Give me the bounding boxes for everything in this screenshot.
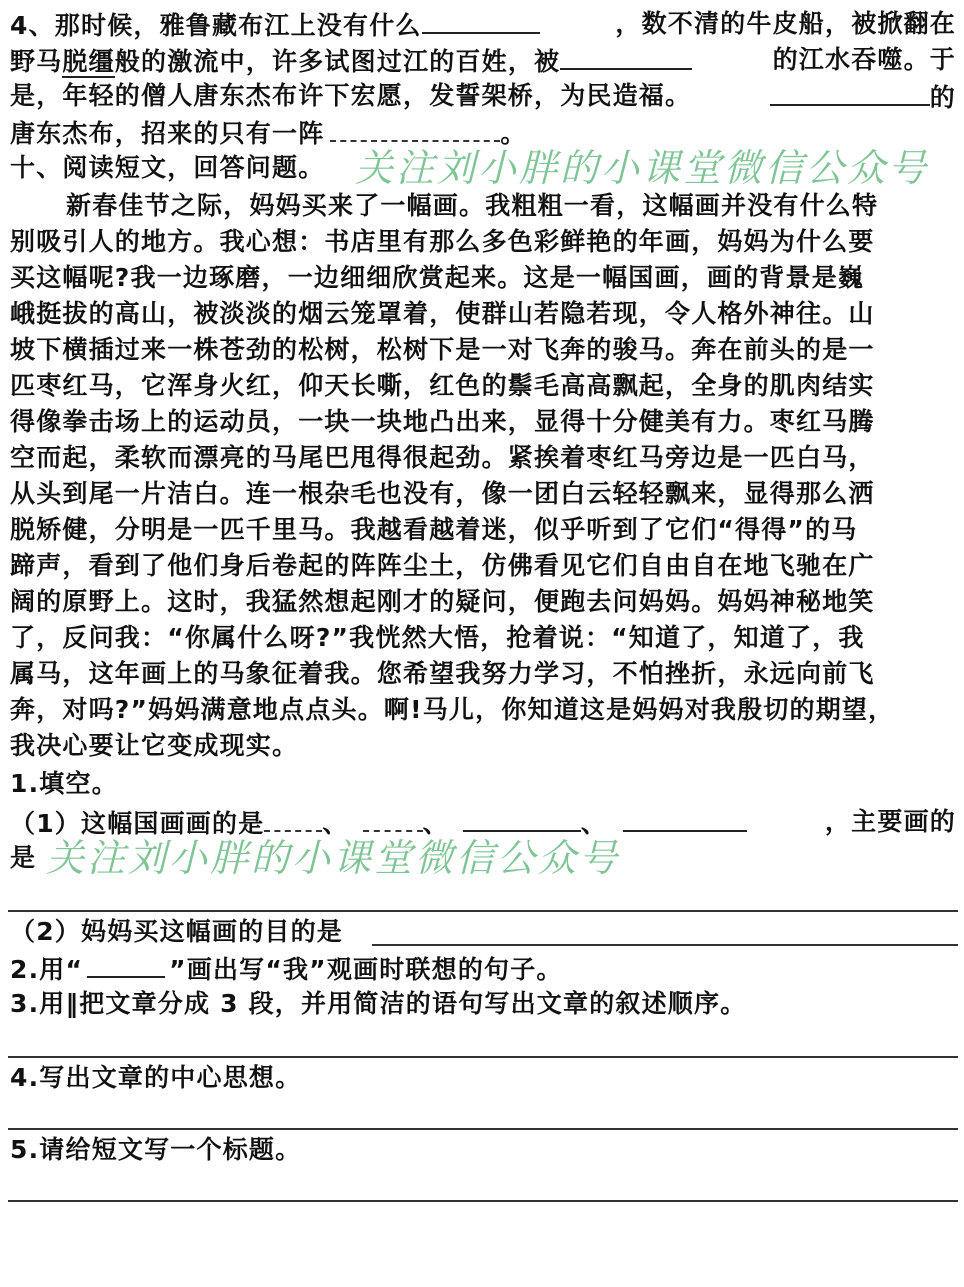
q4-text: 的 bbox=[770, 78, 956, 114]
answer-blank[interactable] bbox=[422, 6, 540, 34]
question-5: 5.请给短文写一个标题。 bbox=[10, 1132, 956, 1168]
answer-line[interactable] bbox=[8, 1128, 958, 1130]
answer-blank[interactable] bbox=[770, 78, 930, 106]
passage-line: 新春佳节之际，妈妈买来了一幅画。我粗粗一看，这幅画并没有什么特 bbox=[10, 188, 956, 224]
question-1-1: （1）这幅国画画的是、、、 ，主要画的 bbox=[10, 804, 956, 840]
q4-text: 4、那时候，雅鲁藏布江上没有什么 bbox=[10, 6, 540, 42]
watermark: 关注刘小胖的小课堂微信公众号 bbox=[46, 836, 620, 880]
passage-line: 匹枣红马，它浑身火红，仰天长嘶，红色的鬃毛高高飘起，全身的肌肉结实 bbox=[10, 368, 956, 404]
answer-blank[interactable] bbox=[463, 804, 581, 832]
q4-text: 是，年轻的僧人唐东杰布许下宏愿，发誓架桥，为民造福。 bbox=[10, 78, 691, 114]
q4-text: 唐东杰布，招来的只有一阵 bbox=[10, 119, 324, 148]
answer-line[interactable] bbox=[372, 944, 958, 946]
question-2: 2.用“”画出写“我”观画时联想的句子。 bbox=[10, 950, 956, 986]
passage-line: 峨挺拔的高山，被淡淡的烟云笼罩着，使群山若隐若现，令人格外神往。山 bbox=[10, 296, 956, 332]
q4-text: ，数不清的牛皮船，被掀翻在 bbox=[615, 6, 956, 42]
answer-blank[interactable] bbox=[560, 42, 692, 70]
underlined-word: 脱缰 bbox=[62, 47, 114, 78]
passage-line: 阔的原野上。这时，我猛然想起刚才的疑问，便跑去问妈妈。妈妈神秘地笑 bbox=[10, 584, 956, 620]
passage-line: 蹄声，看到了他们身后卷起的阵阵尘土，仿佛看见它们自由自在地飞驰在广 bbox=[10, 548, 956, 584]
answer-blank[interactable] bbox=[363, 804, 423, 832]
passage-line: 空而起，柔软而漂亮的马尾巴甩得很起劲。紧挨着枣红马旁边是一匹白马， bbox=[10, 440, 956, 476]
passage-line: 我决心要让它变成现实。 bbox=[10, 728, 956, 764]
underline-sample bbox=[87, 950, 165, 978]
question-1-title: 1.填空。 bbox=[10, 766, 956, 802]
q4-text: 野马脱缰般的激流中，许多试图过江的百姓，被 bbox=[10, 42, 692, 78]
passage-line: 买这幅呢?我一边琢磨，一边细细欣赏起来。这是一幅国画，画的背景是巍 bbox=[10, 260, 956, 296]
q4-line-4: 唐东杰布，招来的只有一阵。 bbox=[10, 114, 956, 150]
watermark: 关注刘小胖的小课堂微信公众号 bbox=[355, 146, 929, 190]
q4-line-3: 是，年轻的僧人唐东杰布许下宏愿，发誓架桥，为民造福。 的 bbox=[10, 78, 956, 114]
passage-line: 了，反问我：“你属什么呀?”我恍然大悟，抢着说：“知道了，知道了，我 bbox=[10, 620, 956, 656]
passage-line: 别吸引人的地方。我心想：书店里有那么多色彩鲜艳的年画，妈妈为什么要 bbox=[10, 224, 956, 260]
answer-line[interactable] bbox=[8, 1200, 958, 1202]
answer-line[interactable] bbox=[8, 1056, 958, 1058]
q4-text: 的江水吞噬。于 bbox=[773, 42, 956, 78]
passage-line: 属马，这年画上的马象征着我。您希望我努力学习，不怕挫折，永远向前飞 bbox=[10, 656, 956, 692]
question-3: 3.用‖把文章分成 3 段，并用简洁的语句写出文章的叙述顺序。 bbox=[10, 986, 956, 1022]
passage-line: 奔，对吗?”妈妈满意地点点头。啊!马儿，你知道这是妈妈对我殷切的期望， bbox=[10, 692, 956, 728]
passage-line: 从头到尾一片洁白。连一根杂毛也没有，像一团白云轻轻飘来，显得那么洒 bbox=[10, 476, 956, 512]
answer-blank[interactable] bbox=[623, 804, 747, 832]
q1-1-text: （1）这幅国画画的是、、、 bbox=[10, 804, 747, 840]
passage-line: 坡下横插过来一株苍劲的松树，松树下是一对飞奔的骏马。奔在前头的是一 bbox=[10, 332, 956, 368]
q4-line-1: 4、那时候，雅鲁藏布江上没有什么 ，数不清的牛皮船，被掀翻在 bbox=[10, 6, 956, 42]
q4-line-2: 野马脱缰般的激流中，许多试图过江的百姓，被 的江水吞噬。于 bbox=[10, 42, 956, 78]
passage-line: 得像拳击场上的运动员，一块一块地凸出来，显得十分健美有力。枣红马腾 bbox=[10, 404, 956, 440]
answer-blank[interactable] bbox=[264, 804, 322, 832]
passage-line: 脱矫健，分明是一匹千里马。我越看越着迷，似乎听到了它们“得得”的马 bbox=[10, 512, 956, 548]
worksheet-page: 4、那时候，雅鲁藏布江上没有什么 ，数不清的牛皮船，被掀翻在 野马脱缰般的激流中… bbox=[0, 0, 964, 1287]
question-4: 4.写出文章的中心思想。 bbox=[10, 1060, 956, 1096]
answer-blank[interactable] bbox=[330, 114, 500, 142]
answer-line[interactable] bbox=[8, 910, 958, 912]
